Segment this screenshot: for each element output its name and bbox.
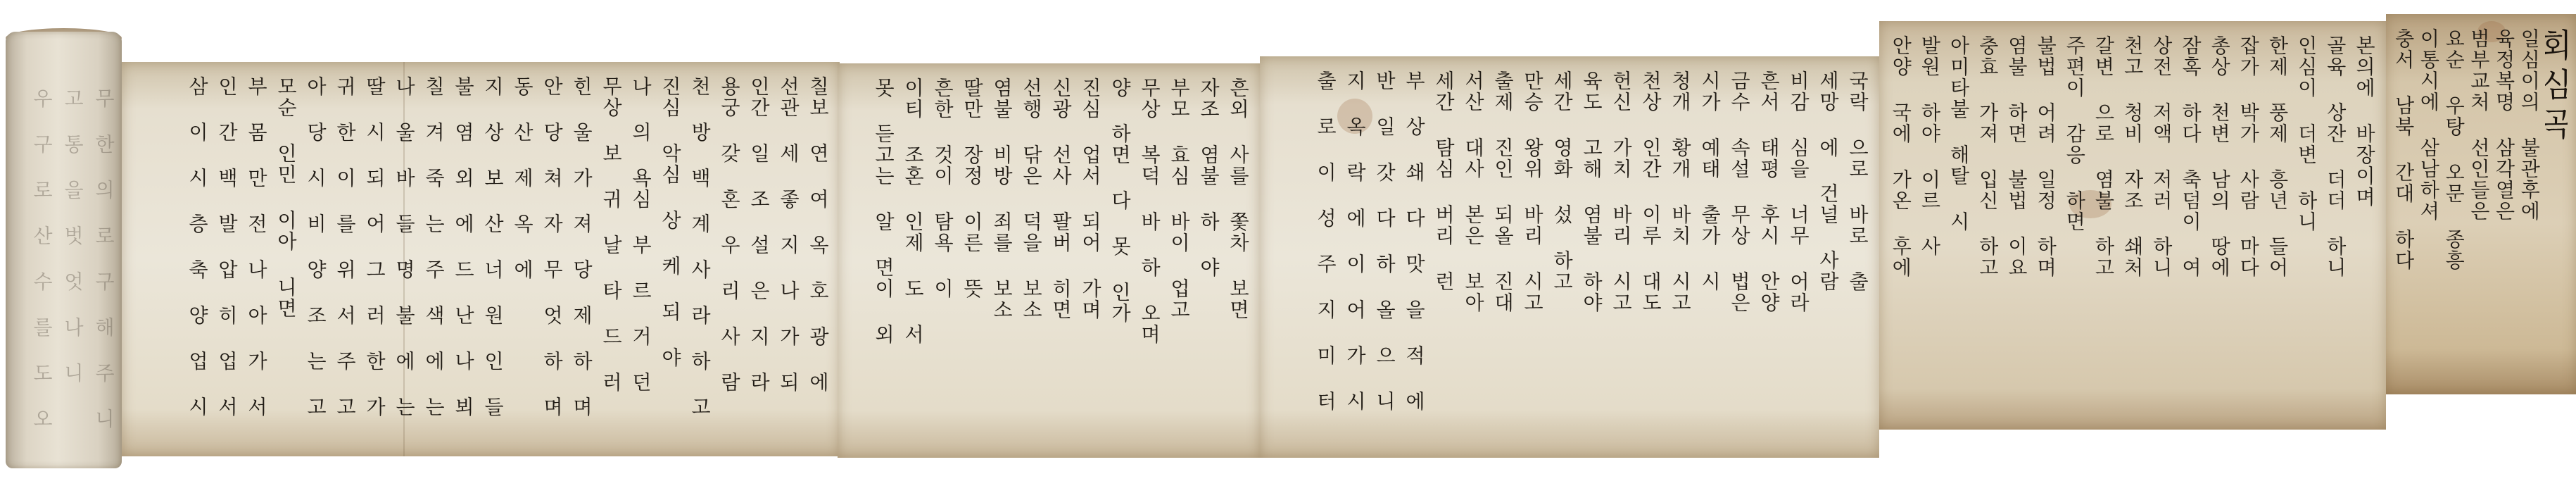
text-column: 헌신 가치 바리 시고 xyxy=(1608,70,1634,444)
sheet-1-columns: 칠보 연 여 옥 호 광 에 선관 세 좋 지 나 가 되 인간 일 조 설 은… xyxy=(130,76,831,442)
scroll-sheet-4: 본의에 바장이며 골육 상잔 더더 하니 인심이 더변 하니 한제 풍제 흥년 … xyxy=(1879,21,2386,430)
text-column: 무상 복덕 바 하 오며 xyxy=(1136,77,1163,444)
sheet-5-columns: 회심곡 일심이의 불관후에 육정복명 삼각열은 범부교처 선인들은 요순 우탕 … xyxy=(2394,28,2568,380)
text-column: 칠 겨 죽 는 주 색 에 는 xyxy=(420,76,447,442)
text-column: 나 울 바 들 명 불 에 는 xyxy=(391,76,417,442)
text-column: 골육 상잔 더더 하니 xyxy=(2323,35,2349,416)
text-column: 못 듣고는 알 면이 외 xyxy=(870,77,897,444)
sheet-4-columns: 본의에 바장이며 골육 상잔 더더 하니 인심이 더변 하니 한제 풍제 흥년 … xyxy=(1888,35,2378,416)
scroll-sheet-5: 회심곡 일심이의 불관후에 육정복명 삼각열은 범부교처 선인들은 요순 우탕 … xyxy=(2386,14,2576,394)
text-column: 일심이의 불관후에 xyxy=(2520,28,2543,380)
text-column: 부 상 쇄 다 맛 을 적 에 xyxy=(1401,70,1427,444)
text-column: 진심 악심 상 케 되 야 xyxy=(657,76,683,442)
text-column: 출제 진인 되올 진대 xyxy=(1489,70,1516,444)
text-column: 잡가 박가 사람 마다 xyxy=(2235,35,2261,416)
text-column: 범부교처 선인들은 xyxy=(2470,28,2492,380)
text-column: 양 하면 다 못 인가 xyxy=(1106,77,1133,444)
text-column: 안양 국에 가온 후에 xyxy=(1888,35,1914,416)
text-column: 육정복명 삼각열은 xyxy=(2495,28,2518,380)
text-column: 국락 으로 바로 출 xyxy=(1844,70,1871,444)
text-column: 지 옥 락 에 이 어 가 시 xyxy=(1341,70,1368,444)
text-column: 삼 이 시 층 축 양 업 시 xyxy=(184,76,210,442)
text-column: 부 몸 만 전 나 아 가 서 xyxy=(243,76,270,442)
text-column: 딸 시 되 어 그 러 한 가 xyxy=(361,76,388,442)
text-column: 무상 보 귀 날 타 드 러 xyxy=(598,76,624,442)
text-column: 인 간 백 발 압 히 업 서 xyxy=(213,76,240,442)
scroll-sheet-2: 흔외 사를 쫓차 보면 자조 염불 하 야 부모 효심 바이 업고 무상 복덕 … xyxy=(838,63,1260,458)
sheet-2-columns: 흔외 사를 쫓차 보면 자조 염불 하 야 부모 효심 바이 업고 무상 복덕 … xyxy=(846,77,1251,444)
text-column: 진심 업서 되어 가며 xyxy=(1077,77,1104,444)
text-column: 아미타불 해탈 시 xyxy=(1945,35,1971,416)
text-column: 불법 어려 일정 하며 xyxy=(2033,35,2059,416)
text-column: 반 일 갓 다 하 올 으 니 xyxy=(1371,70,1398,444)
text-column: 이통시에 삼남하셔 xyxy=(2420,28,2442,380)
text-column: 안 당 쳐 자 무 엇 하 며 xyxy=(538,76,565,442)
rolled-scroll-cylinder: 무 한 의 로 구 해 주 니 고 통 을 벗 엇 나 니 우 구 로 산 수 … xyxy=(6,32,122,468)
text-column: 힌 울 가 져 당 제 하 며 xyxy=(568,76,595,442)
text-column: 상전 저액 저러 하니 xyxy=(2149,35,2175,416)
text-column: 세망 에 건널 사람 xyxy=(1814,70,1841,444)
roll-faint-text: 무 한 의 로 구 해 주 니 고 통 을 벗 엇 나 니 우 구 로 산 수 … xyxy=(18,88,117,481)
text-column: 모순 인민 이아 니면 xyxy=(272,76,299,442)
text-column: 만승 왕위 바리 시고 xyxy=(1519,70,1546,444)
text-column: 귀 한 이 를 위 서 주 고 xyxy=(332,76,358,442)
text-column: 육도 고해 염불 하야 xyxy=(1578,70,1605,444)
text-column: 한제 풍제 흥년 들어 xyxy=(2264,35,2290,416)
text-column: 자조 염불 하 야 xyxy=(1195,77,1222,444)
text-column: 청개 황개 바치 시고 xyxy=(1667,70,1693,444)
text-column: 총상 천변 남의 땅에 xyxy=(2206,35,2233,416)
text-column: 천상 인간 이루 대도 xyxy=(1637,70,1664,444)
text-column: 본의에 바장이며 xyxy=(2351,35,2378,416)
text-column: 딸만 장정 이른 뜻 xyxy=(959,77,985,444)
text-column: 시가 예태 출가 시 xyxy=(1696,70,1723,444)
text-column: 충효 가져 입신 하고 xyxy=(1975,35,2001,416)
roll-column: 무 한 의 로 구 해 주 니 xyxy=(90,88,117,481)
text-column: 비감 심을 너무 어라 xyxy=(1785,70,1812,444)
text-column: 세간 탐심 버리 런 xyxy=(1430,70,1457,444)
text-column: 염불 하면 불법 이요 xyxy=(2004,35,2030,416)
text-column: 잠혹 하다 축덤이 여 xyxy=(2178,35,2204,416)
roll-column: 고 통 을 벗 엇 나 니 xyxy=(59,88,86,481)
text-column: 지 상 보 산 너 원 인 들 xyxy=(479,76,506,442)
text-column: 동 산 제 옥 에 xyxy=(509,76,536,442)
text-column: 선행 닦은 덕을 보소 xyxy=(1018,77,1044,444)
text-column: 서산 대사 본은 보아 xyxy=(1460,70,1486,444)
scroll-sheet-1: 칠보 연 여 옥 호 광 에 선관 세 좋 지 나 가 되 인간 일 조 설 은… xyxy=(122,62,840,456)
scroll-sheet-3: 국락 으로 바로 출 세망 에 건널 사람 비감 심을 너무 어라 흔서 태평 … xyxy=(1260,56,1879,458)
text-column: 부모 효심 바이 업고 xyxy=(1166,77,1192,444)
text-column: 선관 세 좋 지 나 가 되 xyxy=(775,76,802,442)
text-column: 용궁 갖 혼 우 리 사 람 xyxy=(716,76,743,442)
text-column: 갈변 으로 염불 하고 xyxy=(2090,35,2116,416)
text-column: 신광 선사 팔버 히면 xyxy=(1047,77,1074,444)
text-column: 인심이 더변 하니 xyxy=(2293,35,2319,416)
text-column: 출 로 이 성 주 지 미 터 xyxy=(1312,70,1339,444)
text-column: 주편이 감응 하면 xyxy=(2062,35,2088,416)
roll-column: 우 구 로 산 수 를 도 오 xyxy=(28,88,55,481)
scroll-title: 회심곡 xyxy=(2545,28,2568,380)
text-column: 충서 남북 간대 하다 xyxy=(2394,28,2417,380)
text-column: 세간 영화 섰 하고 xyxy=(1548,70,1575,444)
text-column: 칠보 연 여 옥 호 광 에 xyxy=(804,76,831,442)
text-column: 이티 조혼 인제 도 서 xyxy=(899,77,926,444)
text-column: 아 당 시 비 양 조 는 고 xyxy=(302,76,329,442)
text-column: 흔서 태평 후시 안양 xyxy=(1755,70,1782,444)
text-column: 금수 속설 무상 법은 xyxy=(1726,70,1753,444)
text-column: 요순 우탕 오문 종흥 xyxy=(2444,28,2467,380)
text-column: 불 염 외 에 드 난 나 뵈 xyxy=(450,76,476,442)
sheet-3-columns: 국락 으로 바로 출 세망 에 건널 사람 비감 심을 너무 어라 흔서 태평 … xyxy=(1268,70,1871,444)
text-column: 천 방 백 계 사 라 하 고 xyxy=(686,76,713,442)
text-column: 염불 비방 죄를 보소 xyxy=(988,77,1015,444)
text-column: 발원 하야 이르 사 xyxy=(1917,35,1943,416)
text-column: 나 의 욕심 부 르 거 던 xyxy=(627,76,654,442)
text-column: 흔한 것이 탐욕 이 xyxy=(929,77,956,444)
text-column: 인간 일 조 설 은 지 라 xyxy=(745,76,772,442)
text-column: 흔외 사를 쫓차 보면 xyxy=(1225,77,1251,444)
text-column: 천고 청비 자조 쇄처 xyxy=(2119,35,2145,416)
